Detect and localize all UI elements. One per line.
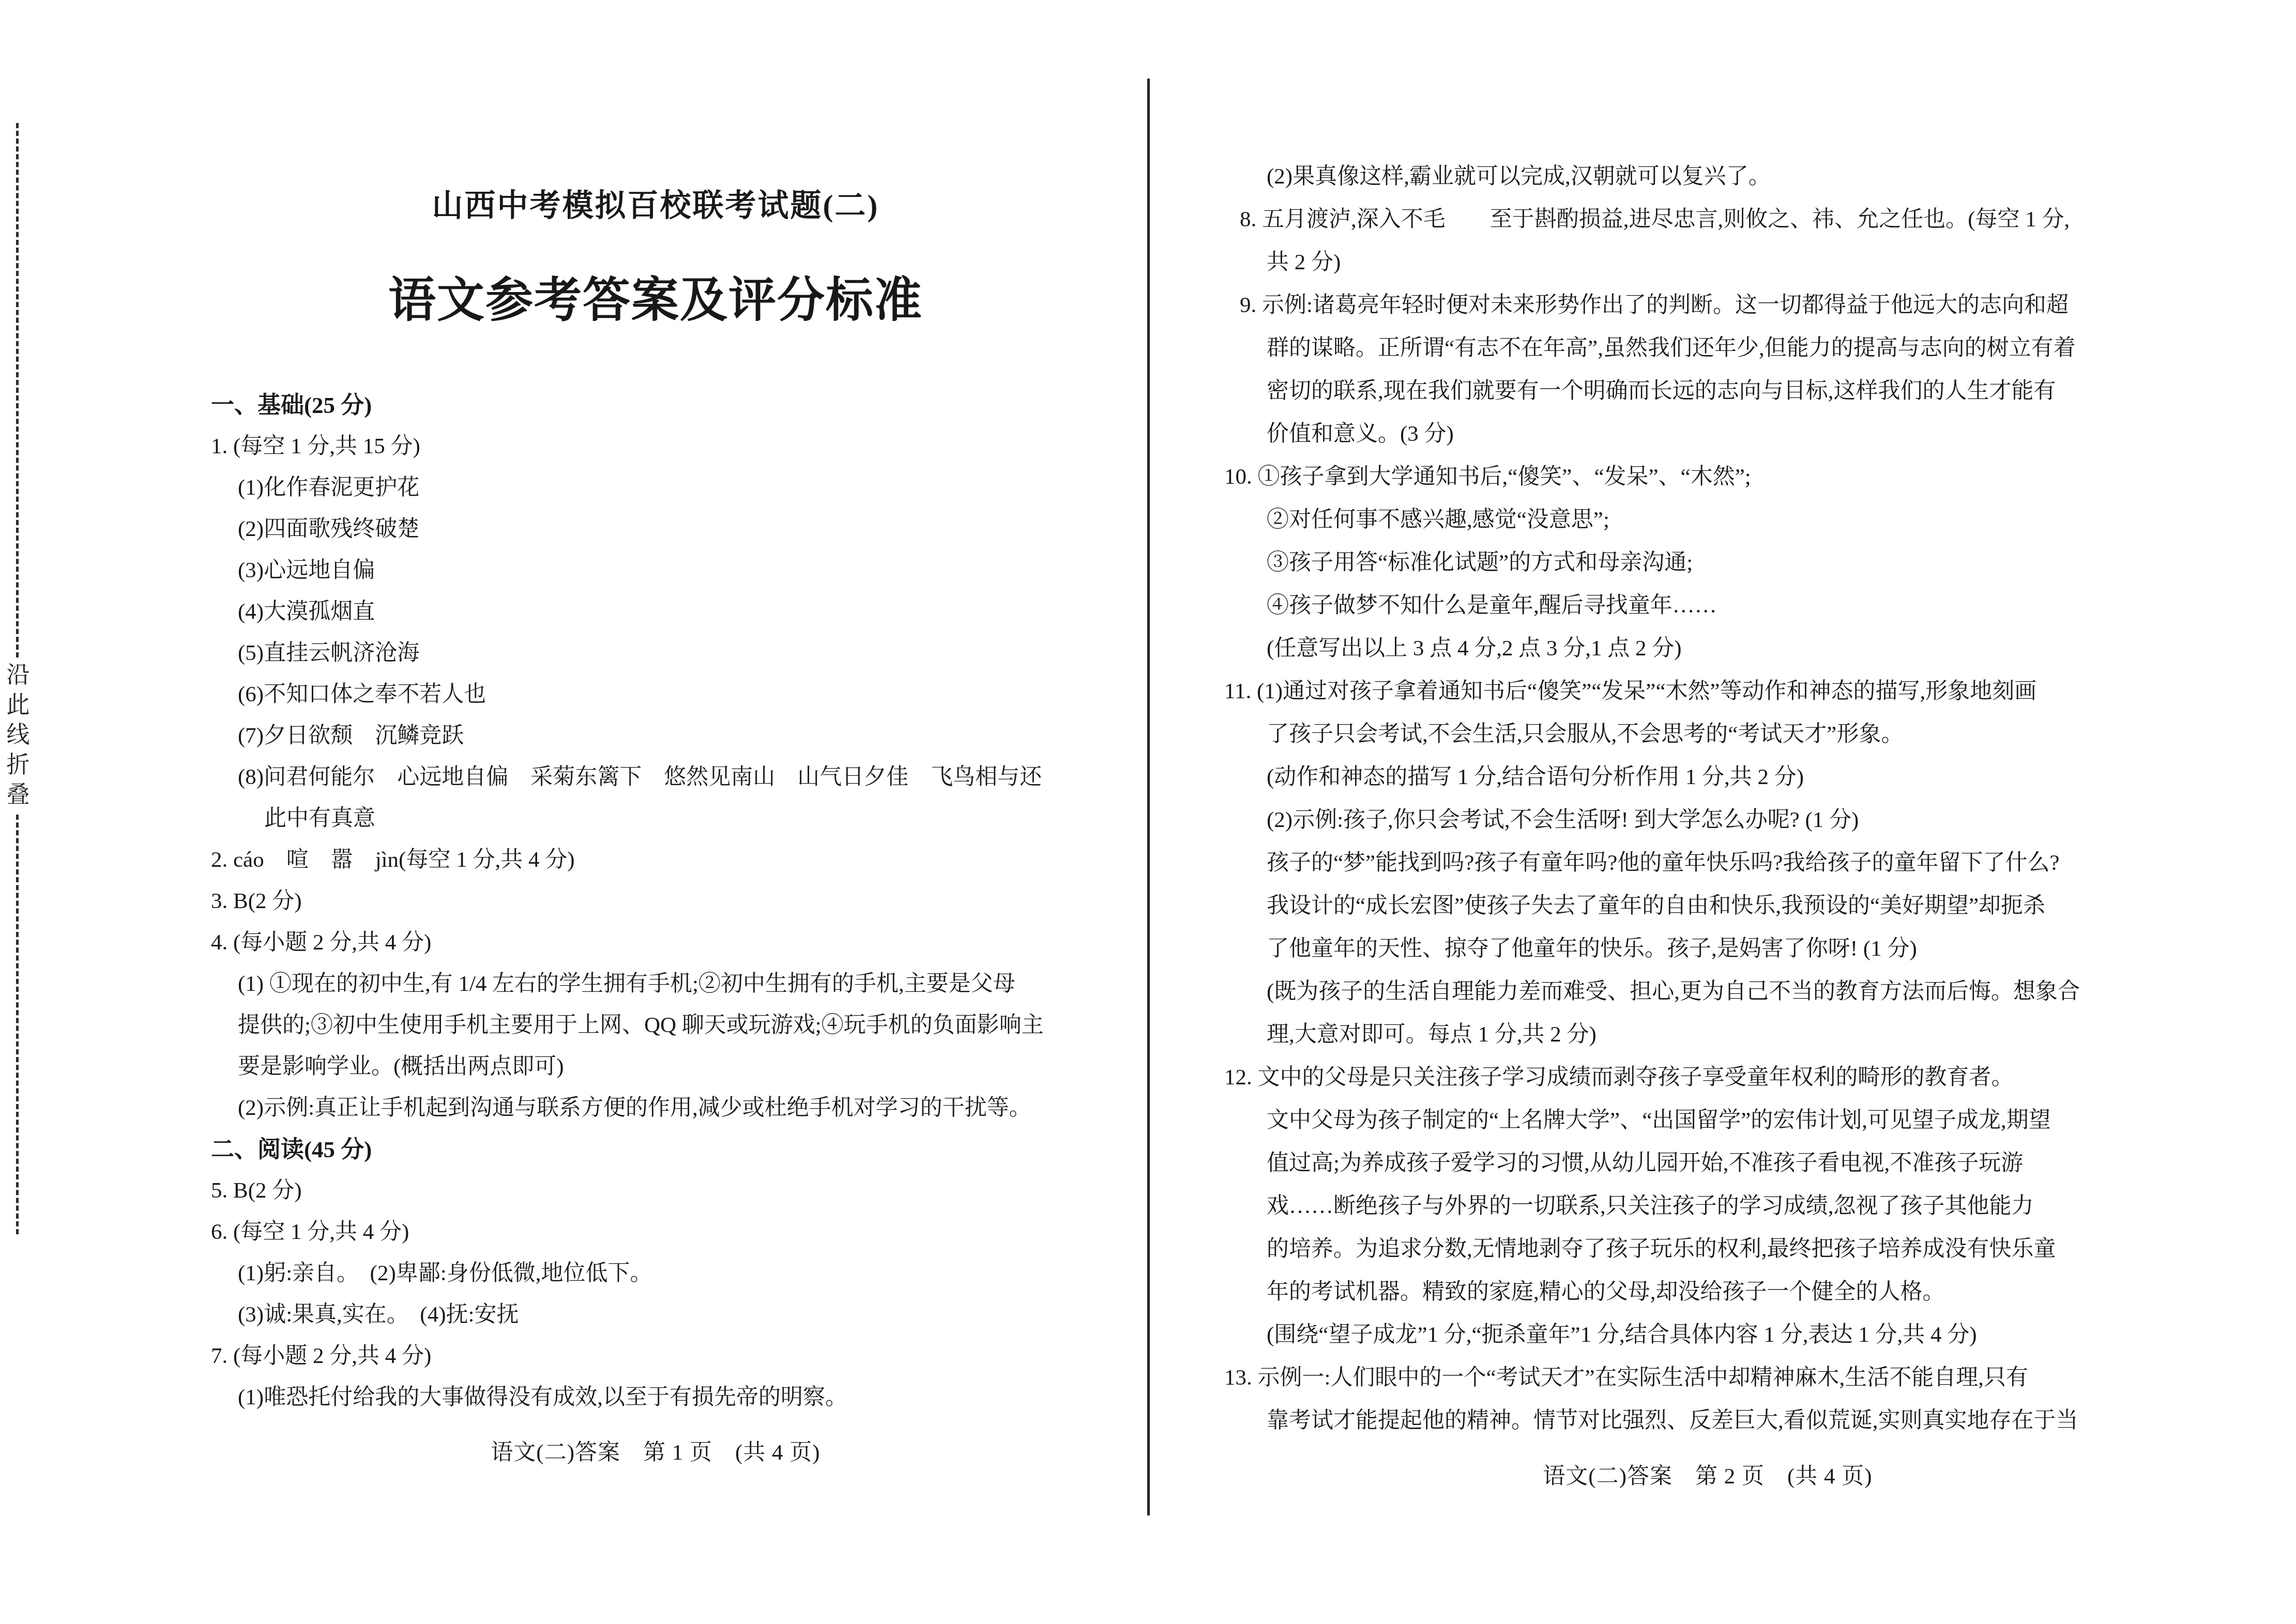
answer-line: 12. 文中的父母是只关注孩子学习成绩而剥夺孩子享受童年权利的畸形的教育者。 [1224, 1056, 2176, 1099]
answer-line: 4. (每小题 2 分,共 4 分) [211, 922, 1100, 963]
answer-line: (7)夕日欲颓 沉鳞竞跃 [211, 715, 1100, 757]
answer-key-title: 语文参考答案及评分标准 [211, 272, 1100, 329]
answer-line: 3. B(2 分) [211, 881, 1100, 922]
answer-line: 6. (每空 1 分,共 4 分) [211, 1212, 1100, 1253]
answer-line: 提供的;③初中生使用手机主要用于上网、QQ 聊天或玩游戏;④玩手机的负面影响主 [211, 1005, 1100, 1046]
answer-line: (1) ①现在的初中生,有 1/4 左右的学生拥有手机;②初中生拥有的手机,主要… [211, 963, 1100, 1005]
answer-line: 此中有真意 [211, 798, 1100, 839]
fold-instruction-vertical-text: 沿此线折叠 [4, 664, 33, 807]
answer-line: 理,大意对即可。每点 1 分,共 2 分) [1240, 1013, 2176, 1056]
answer-line: (6)不知口体之奉不若人也 [211, 674, 1100, 715]
answer-line: (2)示例:孩子,你只会考试,不会生活呀! 到大学怎么办呢? (1 分) [1240, 799, 2176, 841]
fold-text-char: 沿 [6, 664, 29, 687]
answer-line: (动作和神态的描写 1 分,结合语句分析作用 1 分,共 2 分) [1240, 756, 2176, 799]
answer-line: 靠考试才能提起他的精神。情节对比强烈、反差巨大,看似荒诞,实则真实地存在于当 [1240, 1399, 2176, 1442]
fold-text-char: 折 [6, 754, 29, 777]
answer-line: (5)直挂云帆济沧海 [211, 633, 1100, 674]
fold-dashed-line-bottom [16, 815, 19, 1234]
scanned-answer-sheet: 沿此线折叠 山西中考模拟百校联考试题(二) 语文参考答案及评分标准 一、基础(2… [0, 0, 2296, 1624]
answer-line: 9. 示例:诸葛亮年轻时便对未来形势作出了的判断。这一切都得益于他远大的志向和超 [1240, 284, 2176, 327]
answer-line: 价值和意义。(3 分) [1240, 412, 2176, 455]
answer-line: 了他童年的天性、掠夺了他童年的快乐。孩子,是妈害了你呀! (1 分) [1240, 927, 2176, 970]
answer-line: ③孩子用答“标准化试题”的方式和母亲沟通; [1240, 541, 2176, 584]
answer-line: 群的谋略。正所谓“有志不在年高”,虽然我们还年少,但能力的提高与志向的树立有着 [1240, 327, 2176, 370]
answer-line: 我设计的“成长宏图”使孩子失去了童年的自由和快乐,我预设的“美好期望”却扼杀 [1240, 884, 2176, 927]
answer-line: (2)四面歌残终破楚 [211, 509, 1100, 550]
answer-line: (2)果真像这样,霸业就可以完成,汉朝就可以复兴了。 [1240, 155, 2176, 198]
answer-line: (1)化作春泥更护花 [211, 467, 1100, 509]
answer-line: 了孩子只会考试,不会生活,只会服从,不会思考的“考试天才”形象。 [1240, 713, 2176, 756]
page-divider-line [1147, 79, 1150, 1515]
page-1: 山西中考模拟百校联考试题(二) 语文参考答案及评分标准 一、基础(25 分)1.… [211, 182, 1100, 1466]
answer-line: 10. ①孩子拿到大学通知书后,“傻笑”、“发呆”、“木然”; [1224, 455, 2176, 498]
answer-line: 年的考试机器。精致的家庭,精心的父母,却没给孩子一个健全的人格。 [1240, 1270, 2176, 1313]
answer-line: 5. B(2 分) [211, 1170, 1100, 1212]
answer-line: 一、基础(25 分) [211, 385, 1100, 426]
answer-line: 8. 五月渡泸,深入不毛 至于斟酌损益,进尽忠言,则攸之、祎、允之任也。(每空 … [1240, 198, 2176, 241]
answer-line: ②对任何事不感兴趣,感觉“没意思”; [1240, 498, 2176, 541]
answer-line: 7. (每小题 2 分,共 4 分) [211, 1336, 1100, 1377]
answer-line: 要是影响学业。(概括出两点即可) [211, 1046, 1100, 1087]
answer-line: 的培养。为追求分数,无情地剥夺了孩子玩乐的权利,最终把孩子培养成没有快乐童 [1240, 1228, 2176, 1270]
answer-line: 文中父母为孩子制定的“上名牌大学”、“出国留学”的宏伟计划,可见望子成龙,期望 [1240, 1099, 2176, 1142]
page-2-footer: 语文(二)答案 第 2 页 (共 4 页) [1240, 1464, 2176, 1490]
answer-line: 2. cáo 喧 嚣 jìn(每空 1 分,共 4 分) [211, 839, 1100, 881]
answer-line: 密切的联系,现在我们就要有一个明确而长远的志向与目标,这样我们的人生才能有 [1240, 370, 2176, 412]
answer-line: 戏……断绝孩子与外界的一切联系,只关注孩子的学习成绩,忽视了孩子其他能力 [1240, 1185, 2176, 1228]
fold-dashed-line-top [16, 123, 19, 657]
answer-line: (8)问君何能尔 心远地自偏 采菊东篱下 悠然见南山 山气日夕佳 飞鸟相与还 [211, 757, 1100, 798]
answer-line: 1. (每空 1 分,共 15 分) [211, 426, 1100, 467]
page-1-footer: 语文(二)答案 第 1 页 (共 4 页) [211, 1440, 1100, 1466]
answer-line: 二、阅读(45 分) [211, 1129, 1100, 1170]
page-2: (2)果真像这样,霸业就可以完成,汉朝就可以复兴了。8. 五月渡泸,深入不毛 至… [1240, 155, 2176, 1490]
answer-line: (3)诚:果真,实在。 (4)抚:安抚 [211, 1294, 1100, 1336]
answer-line: 共 2 分) [1240, 241, 2176, 284]
fold-text-char: 叠 [6, 784, 29, 807]
answer-line: (1)唯恐托付给我的大事做得没有成效,以至于有损先帝的明察。 [211, 1377, 1100, 1418]
answer-line: ④孩子做梦不知什么是童年,醒后寻找童年…… [1240, 584, 2176, 627]
answer-line: (4)大漠孤烟直 [211, 591, 1100, 633]
fold-text-char: 此 [6, 694, 29, 717]
answer-line: (1)躬:亲自。 (2)卑鄙:身份低微,地位低下。 [211, 1253, 1100, 1294]
answer-line: 孩子的“梦”能找到吗?孩子有童年吗?他的童年快乐吗?我给孩子的童年留下了什么? [1240, 841, 2176, 884]
answer-line: 11. (1)通过对孩子拿着通知书后“傻笑”“发呆”“木然”等动作和神态的描写,… [1224, 670, 2176, 713]
answer-line: 值过高;为养成孩子爱学习的习惯,从幼儿园开始,不准孩子看电视,不准孩子玩游 [1240, 1142, 2176, 1185]
fold-text-char: 线 [6, 724, 29, 747]
answer-lines-page-2: (2)果真像这样,霸业就可以完成,汉朝就可以复兴了。8. 五月渡泸,深入不毛 至… [1240, 155, 2176, 1442]
answer-line: (围绕“望子成龙”1 分,“扼杀童年”1 分,结合具体内容 1 分,表达 1 分… [1240, 1313, 2176, 1356]
answer-line: (2)示例:真正让手机起到沟通与联系方便的作用,减少或杜绝手机对学习的干扰等。 [211, 1087, 1100, 1129]
exam-title: 山西中考模拟百校联考试题(二) [211, 187, 1100, 224]
answer-line: (既为孩子的生活自理能力差而难受、担心,更为自己不当的教育方法而后悔。想象合 [1240, 970, 2176, 1013]
answer-line: (3)心远地自偏 [211, 550, 1100, 591]
answer-line: (任意写出以上 3 点 4 分,2 点 3 分,1 点 2 分) [1240, 627, 2176, 670]
answer-line: 13. 示例一:人们眼中的一个“考试天才”在实际生活中却精神麻木,生活不能自理,… [1224, 1356, 2176, 1399]
answer-lines-page-1: 一、基础(25 分)1. (每空 1 分,共 15 分)(1)化作春泥更护花(2… [211, 385, 1100, 1418]
